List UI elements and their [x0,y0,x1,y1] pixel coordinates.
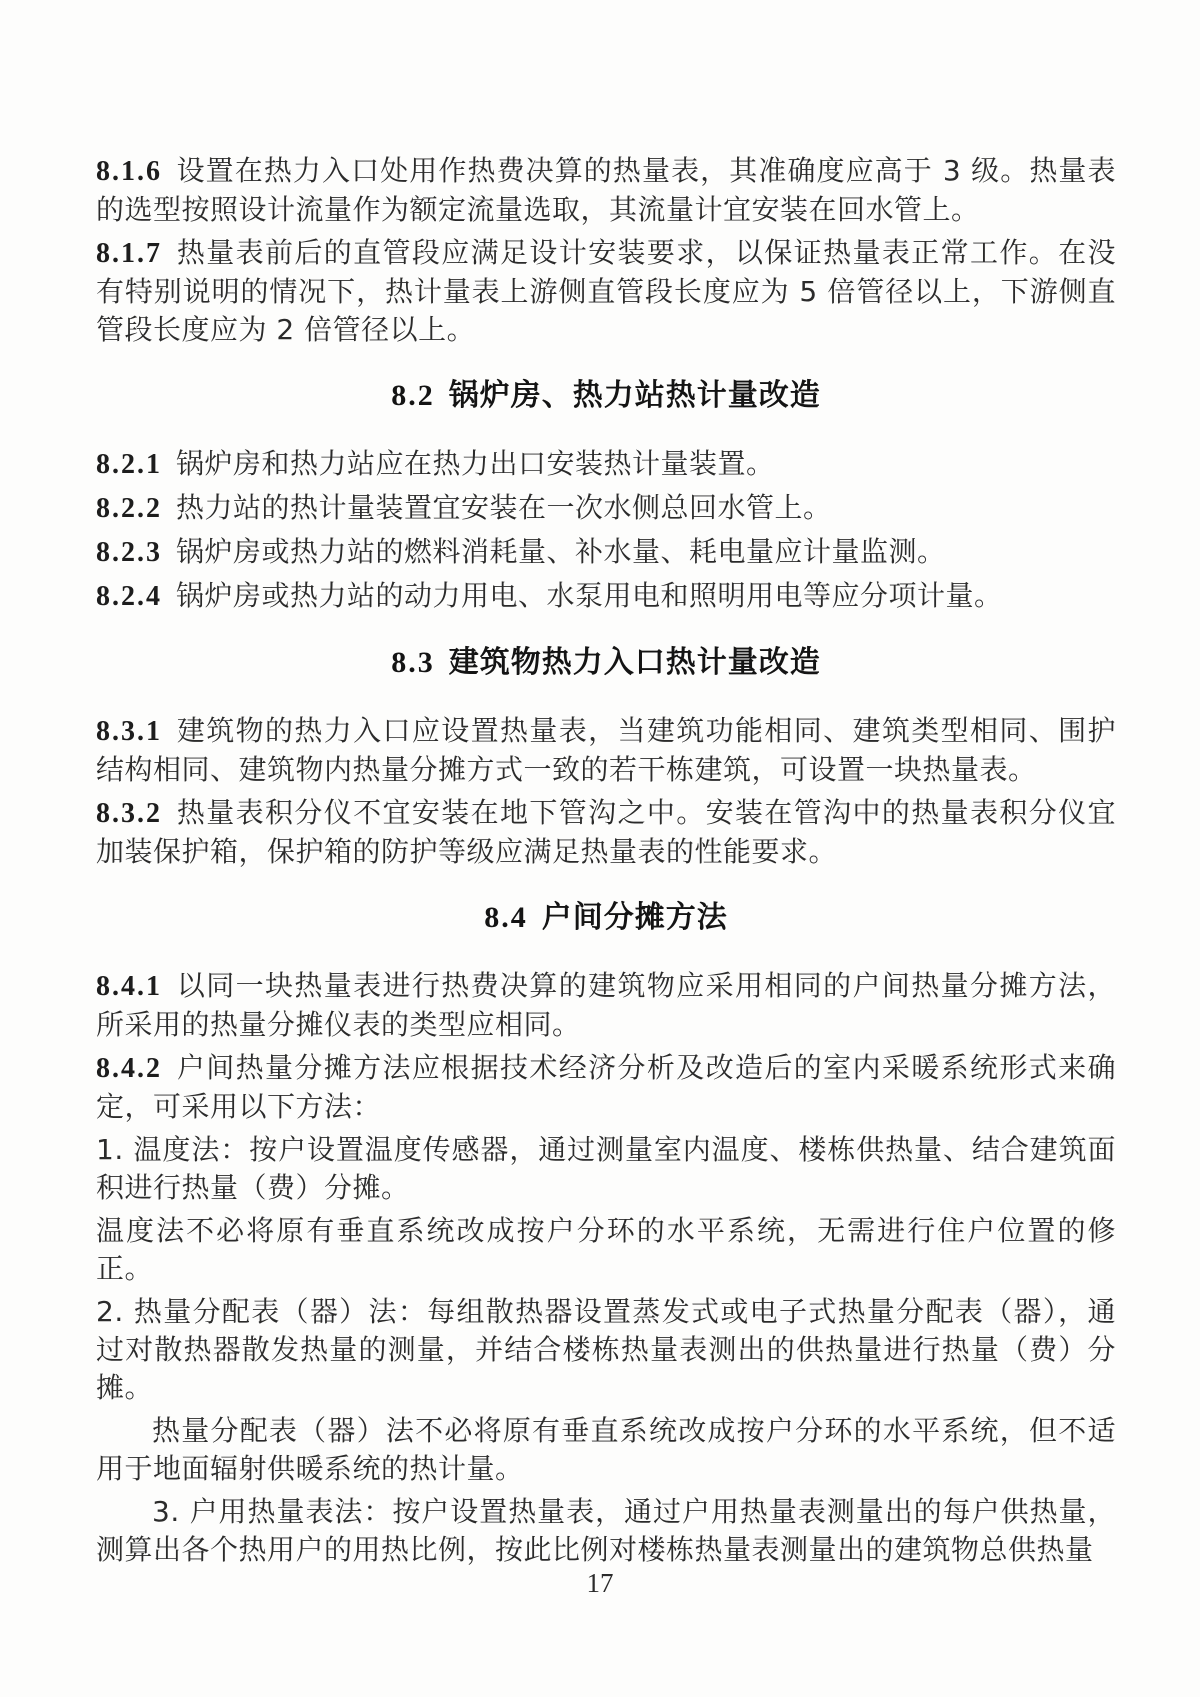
section-heading: 8.3建筑物热力入口热计量改造 [96,643,1116,683]
paragraph-text: 1. 温度法：按户设置温度传感器，通过测量室内温度、楼栋供热量、结合建筑面积进行… [96,1133,1116,1204]
clause-paragraph: 8.4.1以同一块热量表进行热费决算的建筑物应采用相同的户间热量分摊方法，所采用… [96,967,1116,1044]
clause-paragraph: 8.2.4锅炉房或热力站的动力用电、水泵用电和照明用电等应分项计量。 [96,577,1116,616]
body-paragraph: 热量分配表（器）法不必将原有垂直系统改成按户分环的水平系统，但不适用于地面辐射供… [96,1412,1116,1488]
paragraph-text: 锅炉房或热力站的燃料消耗量、补水量、耗电量应计量监测。 [176,535,946,568]
body-paragraph: 1. 温度法：按户设置温度传感器，通过测量室内温度、楼栋供热量、结合建筑面积进行… [96,1131,1116,1207]
paragraph-text: 建筑物的热力入口应设置热量表，当建筑功能相同、建筑类型相同、围护结构相同、建筑物… [96,714,1116,786]
clause-paragraph: 8.4.2户间热量分摊方法应根据技术经济分析及改造后的室内采暖系统形式来确定，可… [96,1049,1116,1126]
clause-paragraph: 8.2.1锅炉房和热力站应在热力出口安装热计量装置。 [96,445,1116,484]
paragraph-text: 锅炉房或热力站的动力用电、水泵用电和照明用电等应分项计量。 [176,579,1003,612]
clause-paragraph: 8.1.6设置在热力入口处用作热费决算的热量表，其准确度应高于 3 级。热量表的… [96,152,1116,229]
section-number: 8.2 [391,379,435,412]
section-heading: 8.4户间分摊方法 [96,898,1116,938]
clause-number: 8.4.2 [96,1053,162,1084]
page-number: 17 [0,1568,1200,1599]
body-paragraph: 2. 热量分配表（器）法：每组散热器设置蒸发式或电子式热量分配表（器），通过对散… [96,1293,1116,1407]
clause-number: 8.1.6 [96,156,162,187]
section-number: 8.4 [484,901,528,934]
section-number: 8.3 [391,646,435,679]
paragraph-text: 3. 户用热量表法：按户设置热量表，通过户用热量表测量出的每户供热量，测算出各个… [96,1495,1116,1566]
clause-number: 8.1.7 [96,238,162,269]
clause-number: 8.2.2 [96,493,162,524]
clause-number: 8.3.1 [96,716,162,747]
clause-paragraph: 8.3.2热量表积分仪不宜安装在地下管沟之中。安装在管沟中的热量表积分仪宜加装保… [96,794,1116,871]
clause-number: 8.3.2 [96,798,162,829]
body-paragraph: 3. 户用热量表法：按户设置热量表，通过户用热量表测量出的每户供热量，测算出各个… [96,1493,1116,1569]
clause-paragraph: 8.3.1建筑物的热力入口应设置热量表，当建筑功能相同、建筑类型相同、围护结构相… [96,712,1116,789]
paragraph-text: 热量表前后的直管段应满足设计安装要求，以保证热量表正常工作。在没有特别说明的情况… [96,236,1116,346]
clause-number: 8.4.1 [96,971,162,1002]
document-content: 8.1.6设置在热力入口处用作热费决算的热量表，其准确度应高于 3 级。热量表的… [96,152,1116,1574]
section-title: 建筑物热力入口热计量改造 [449,645,821,680]
section-title: 户间分摊方法 [542,900,728,935]
document-page: 8.1.6设置在热力入口处用作热费决算的热量表，其准确度应高于 3 级。热量表的… [0,0,1200,1697]
clause-paragraph: 8.2.2热力站的热计量装置宜安装在一次水侧总回水管上。 [96,489,1116,528]
clause-number: 8.2.4 [96,581,162,612]
clause-paragraph: 8.2.3锅炉房或热力站的燃料消耗量、补水量、耗电量应计量监测。 [96,533,1116,572]
paragraph-text: 锅炉房和热力站应在热力出口安装热计量装置。 [176,447,775,480]
paragraph-text: 2. 热量分配表（器）法：每组散热器设置蒸发式或电子式热量分配表（器），通过对散… [96,1295,1116,1404]
section-title: 锅炉房、热力站热计量改造 [449,378,821,413]
paragraph-text: 以同一块热量表进行热费决算的建筑物应采用相同的户间热量分摊方法，所采用的热量分摊… [96,969,1116,1041]
paragraph-text: 设置在热力入口处用作热费决算的热量表，其准确度应高于 3 级。热量表的选型按照设… [96,154,1116,226]
paragraph-text: 热量分配表（器）法不必将原有垂直系统改成按户分环的水平系统，但不适用于地面辐射供… [96,1414,1116,1485]
paragraph-text: 热力站的热计量装置宜安装在一次水侧总回水管上。 [176,491,832,524]
paragraph-text: 热量表积分仪不宜安装在地下管沟之中。安装在管沟中的热量表积分仪宜加装保护箱，保护… [96,796,1116,868]
paragraph-text: 户间热量分摊方法应根据技术经济分析及改造后的室内采暖系统形式来确定，可采用以下方… [96,1051,1116,1123]
body-paragraph: 温度法不必将原有垂直系统改成按户分环的水平系统，无需进行住户位置的修正。 [96,1212,1116,1288]
clause-number: 8.2.3 [96,537,162,568]
paragraph-text: 温度法不必将原有垂直系统改成按户分环的水平系统，无需进行住户位置的修正。 [96,1214,1116,1285]
clause-number: 8.2.1 [96,449,162,480]
clause-paragraph: 8.1.7热量表前后的直管段应满足设计安装要求，以保证热量表正常工作。在没有特别… [96,234,1116,349]
section-heading: 8.2锅炉房、热力站热计量改造 [96,376,1116,416]
